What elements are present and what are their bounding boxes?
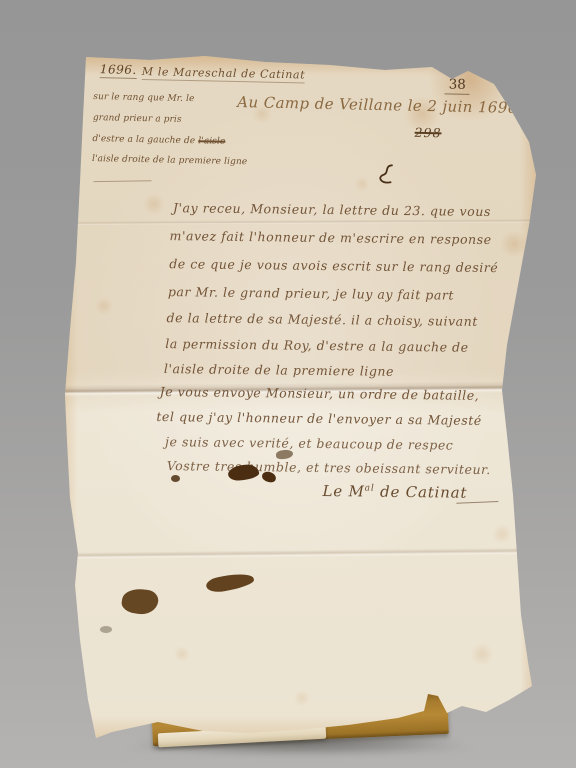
body-line: m'avez fait l'honneur de m'escrire en re…: [170, 228, 492, 247]
letter-sheet: 1696. M le Mareschal de Catinat sur le r…: [62, 54, 540, 744]
closing-line: je suis avec verité, et beaucoup de resp…: [165, 434, 453, 453]
body-line: Je vous envoye Monsieur, un ordre de bat…: [160, 384, 480, 403]
signature-suffix: de Catinat: [374, 483, 467, 502]
photograph-of-letter: 1696. M le Mareschal de Catinat sur le r…: [0, 0, 576, 768]
body-line: la permission du Roy, d'estre a la gauch…: [165, 336, 469, 355]
body-line: de la lettre de sa Majesté. il a choisy,…: [167, 310, 478, 329]
body-line: l'aisle droite de la premiere ligne: [164, 361, 394, 379]
signature-prefix: Le M: [322, 482, 364, 501]
ink-blot: [171, 475, 180, 482]
letter-body: J'ay receu, Monsieur, la lettre du 23. q…: [55, 53, 541, 749]
body-line: de ce que je vous avois escrit sur le ra…: [169, 256, 498, 275]
signature-superscript: al: [365, 483, 375, 493]
body-line: J'ay receu, Monsieur, la lettre du 23. q…: [173, 200, 491, 219]
body-line: tel que j'ay l'honneur de l'envoyer a sa…: [156, 409, 482, 428]
closing-line: Vostre tres humble, et tres obeissant se…: [167, 458, 491, 477]
signature: Le Mal de Catinat: [322, 482, 467, 502]
ink-speck: [100, 626, 112, 633]
body-line: par Mr. le grand prieur, je luy ay fait …: [168, 284, 454, 302]
